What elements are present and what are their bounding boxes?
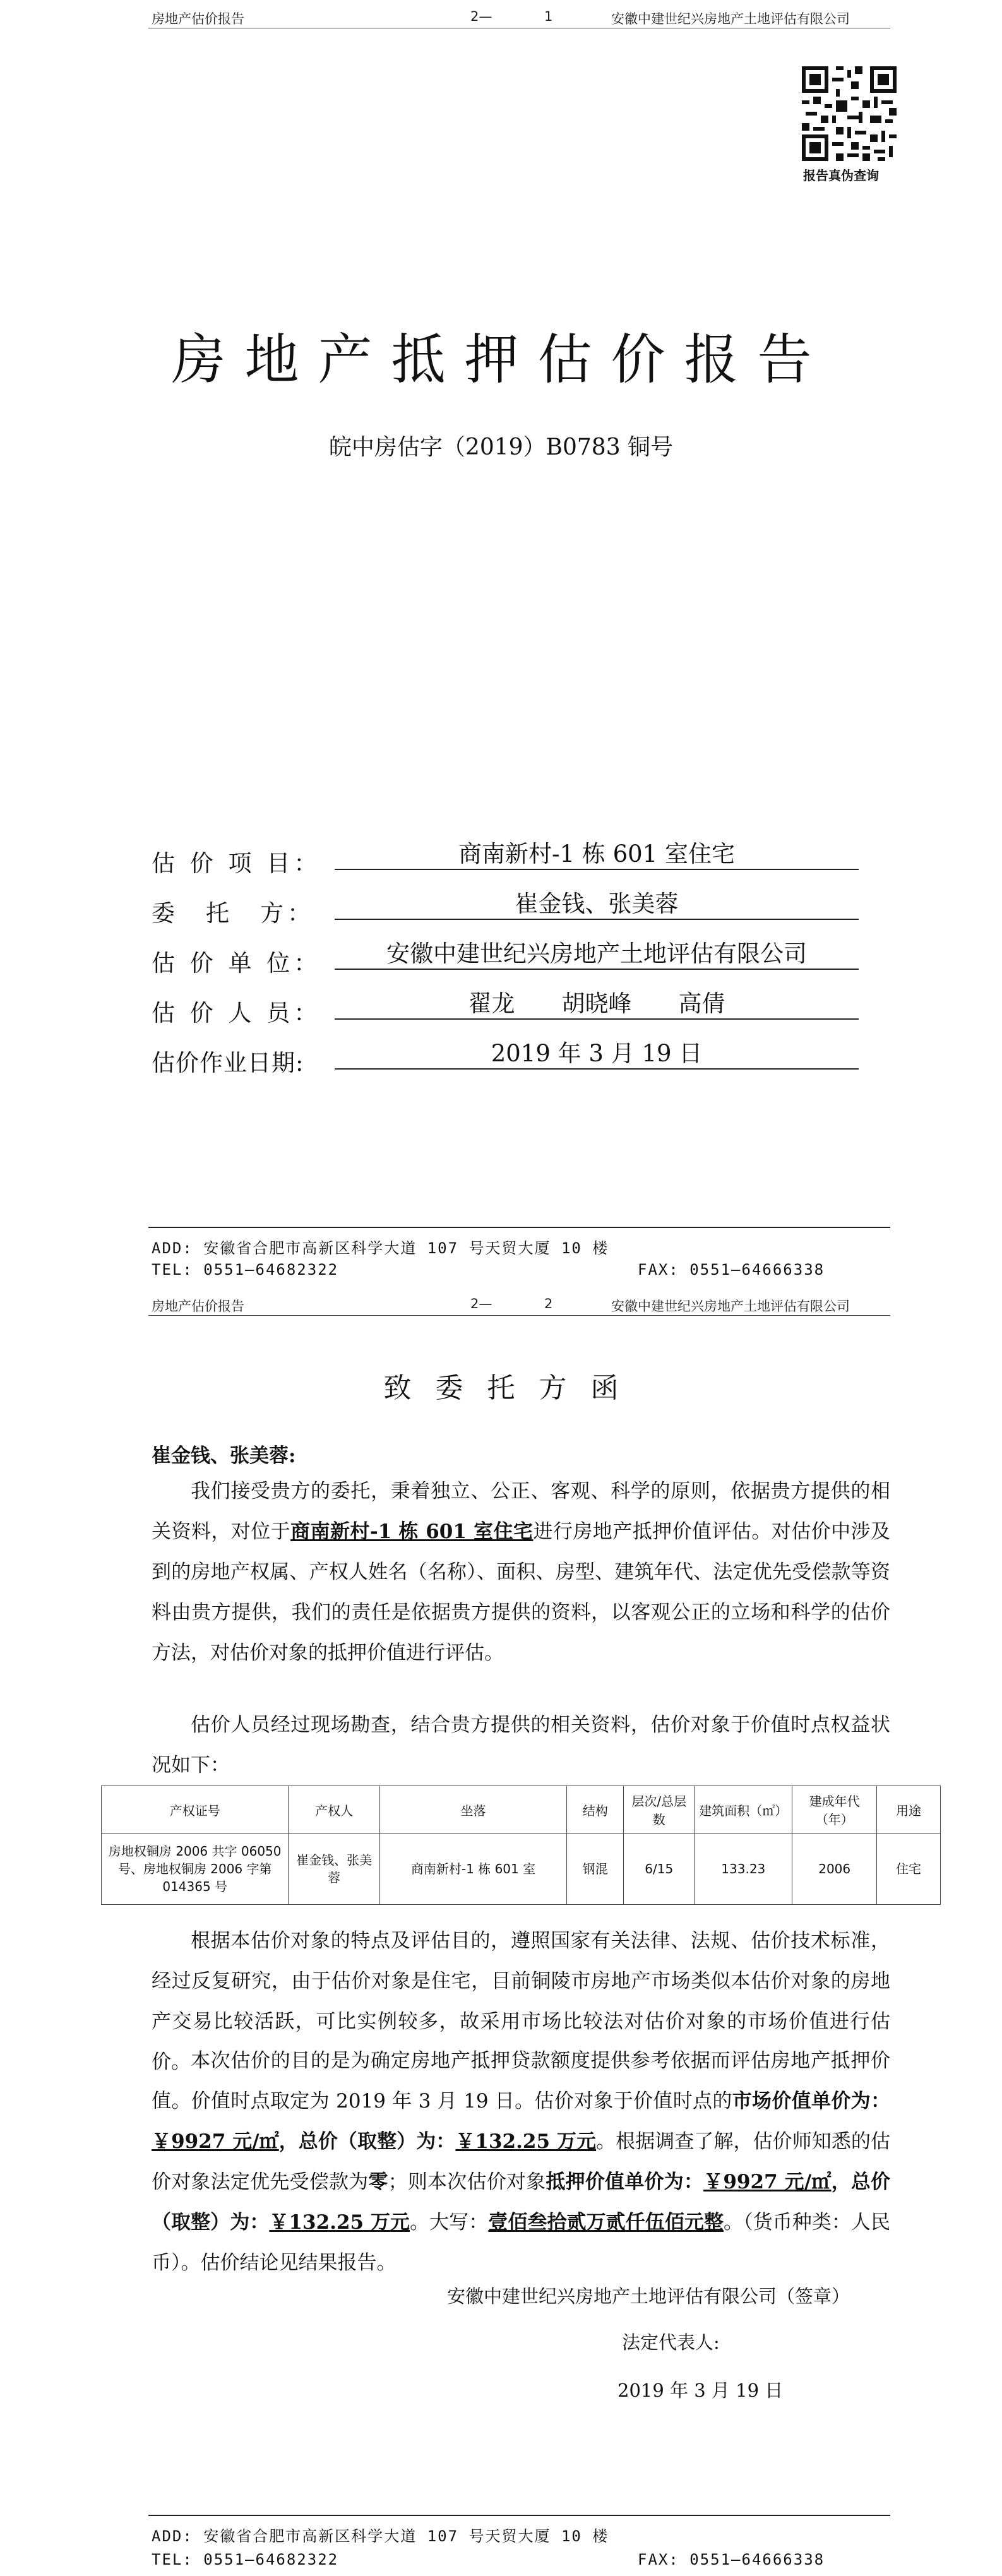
signature-date: 2019 年 3 月 19 日 <box>617 2376 783 2402</box>
field-label-appraisers: 估 价 人 员： <box>152 994 321 1028</box>
paragraph-2: 估价人员经过现场勘查，结合贵方提供的相关资料，估价对象于价值时点权益状况如下： <box>152 1705 890 1786</box>
field-value-appraisers: 翟龙 胡晓峰 高倩 <box>335 989 859 1020</box>
mortgage-total-price: ￥132.25 万元 <box>269 2211 410 2234</box>
cell-structure: 钢混 <box>567 1834 624 1905</box>
cell-floor: 6/15 <box>624 1834 695 1905</box>
header-left: 房地产估价报告 <box>152 9 244 28</box>
col-header-cert-no: 产权证号 <box>102 1786 289 1834</box>
salutation: 崔金钱、张美蓉: <box>152 1440 295 1468</box>
header-left: 房地产估价报告 <box>152 1296 244 1315</box>
field-label-project: 估 价 项 目： <box>152 844 321 878</box>
col-header-built-year: 建成年代（年） <box>792 1786 877 1834</box>
cell-cert-no: 房地权铜房 2006 共字 06050 号、房地权铜房 2006 字第 0143… <box>102 1834 289 1905</box>
header-page-prefix: 2— <box>470 1296 492 1311</box>
paragraph-1: 我们接受贵方的委托，秉着独立、公正、客观、科学的原则，依据贵方提供的相关资料，对… <box>152 1471 890 1673</box>
market-total-price: ￥132.25 万元 <box>455 2130 596 2153</box>
footer-tel: TEL: 0551—64682322 <box>152 2551 338 2568</box>
cell-owner: 崔金钱、张美蓉 <box>289 1834 379 1905</box>
header-right: 安徽中建世纪兴房地产土地评估有限公司 <box>611 1296 850 1315</box>
report-title: 房地产抵押估价报告 <box>0 316 1002 394</box>
field-value-appraiser-firm: 安徽中建世纪兴房地产土地评估有限公司 <box>335 939 859 970</box>
report-number: 皖中房估字（2019）B0783 铜号 <box>0 429 1002 462</box>
field-label-client: 委 托 方： <box>152 894 314 928</box>
field-value-project: 商南新村-1 栋 601 室住宅 <box>335 840 859 870</box>
property-name: 商南新村-1 栋 601 室住宅 <box>290 1520 533 1543</box>
market-unit-price: ￥9927 元/㎡ <box>152 2130 279 2153</box>
property-info-table: 产权证号 产权人 坐落 结构 层次/总层数 建筑面积（㎡） 建成年代（年） 用途… <box>101 1786 941 1905</box>
cell-usage: 住宅 <box>876 1834 940 1905</box>
col-header-floor: 层次/总层数 <box>624 1786 695 1834</box>
header-rule <box>148 28 890 28</box>
priority-payment-value: 零 <box>368 2171 388 2193</box>
market-unit-label: 市场价值单价为： <box>732 2090 890 2113</box>
header-right: 安徽中建世纪兴房地产土地评估有限公司 <box>611 9 850 28</box>
footer-address: ADD: 安徽省合肥市高新区科学大道 107 号天贸大厦 10 楼 <box>152 2524 609 2546</box>
amount-in-words: 壹佰叁拾贰万贰仟伍佰元整 <box>488 2211 724 2234</box>
table-header-row: 产权证号 产权人 坐落 结构 层次/总层数 建筑面积（㎡） 建成年代（年） 用途 <box>102 1786 941 1834</box>
field-value-client: 崔金钱、张美蓉 <box>335 890 859 920</box>
para4-text: ；则本次估价对象 <box>388 2171 546 2193</box>
col-header-owner: 产权人 <box>289 1786 379 1834</box>
field-label-appraiser-firm: 估 价 单 位： <box>152 944 321 978</box>
header-rule <box>148 1315 890 1316</box>
cell-location: 商南新村-1 栋 601 室 <box>379 1834 566 1905</box>
footer-fax: FAX: 0551—64666338 <box>638 1261 825 1279</box>
footer-rule <box>148 2515 890 2516</box>
cell-area: 133.23 <box>695 1834 792 1905</box>
header-page-number: 1 <box>544 9 552 24</box>
col-header-location: 坐落 <box>379 1786 566 1834</box>
footer-fax: FAX: 0551—64666338 <box>638 2551 825 2568</box>
mortgage-unit-label: 抵押价值单价为： <box>546 2171 703 2193</box>
letter-title: 致委托方函 <box>0 1365 1002 1405</box>
field-label-date: 估价作业日期: <box>152 1044 304 1078</box>
paragraph-4: 本次估价的目的是为确定房地产抵押贷款额度提供参考依据而评估房地产抵押价值。价值时… <box>152 2041 890 2283</box>
qr-caption: 报告真伪查询 <box>803 165 879 184</box>
field-value-date: 2019 年 3 月 19 日 <box>335 1039 859 1070</box>
mortgage-unit-price: ￥9927 元/㎡ <box>703 2171 831 2193</box>
para4-text: 。大写： <box>410 2211 488 2234</box>
signature-legal-rep: 法定代表人: <box>622 2329 720 2354</box>
col-header-area: 建筑面积（㎡） <box>695 1786 792 1834</box>
header-page-prefix: 2— <box>470 9 492 24</box>
col-header-structure: 结构 <box>567 1786 624 1834</box>
qr-code-icon[interactable] <box>802 66 897 161</box>
footer-rule <box>148 1227 890 1228</box>
cell-built-year: 2006 <box>792 1834 877 1905</box>
header-page-number: 2 <box>544 1296 552 1311</box>
footer-tel: TEL: 0551—64682322 <box>152 1261 338 1279</box>
market-total-label: ，总价（取整）为： <box>279 2130 456 2153</box>
signature-company: 安徽中建世纪兴房地产土地评估有限公司（签章） <box>447 2282 850 2308</box>
table-row: 房地权铜房 2006 共字 06050 号、房地权铜房 2006 字第 0143… <box>102 1834 941 1905</box>
col-header-usage: 用途 <box>876 1786 940 1834</box>
footer-address: ADD: 安徽省合肥市高新区科学大道 107 号天贸大厦 10 楼 <box>152 1236 609 1258</box>
